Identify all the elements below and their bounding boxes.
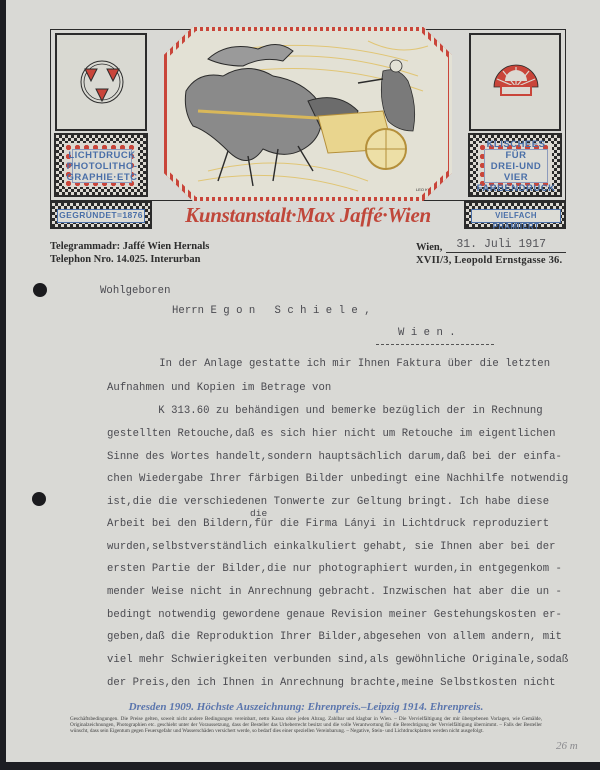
letter-page: LICHTDRUCK PHOTOLITHO- GRAPHIE·ETC GEGRÜ…: [6, 0, 600, 762]
firm-name: Kunstanstalt·Max Jaffé·Wien: [152, 201, 464, 229]
awards-plate: VIELFACH PRÄMIIERT: [471, 209, 561, 223]
salutation: Wohlgeboren: [100, 285, 170, 297]
terms-of-business: Geschäftsbedingungen. Die Preise gelten,…: [70, 717, 542, 734]
city-underline: [376, 344, 494, 345]
body-line: Aufnahmen und Kopien im Betrage von: [107, 382, 331, 394]
right-services-plate: KLISCHEES FÜR DREI-UND VIER FARBENDRUCK: [484, 149, 548, 183]
recipient-name: Herrn E g o n S c h i e l e ,: [172, 305, 371, 317]
three-shields-emblem-icon: [77, 57, 127, 107]
body-line: gestellten Retouche,daß es sich hier nic…: [107, 428, 556, 440]
punch-hole-bottom: [32, 492, 46, 506]
right-logo-box: [469, 33, 561, 131]
left-founded-band: GEGRÜNDET=1876: [50, 201, 152, 229]
left-services-plate: LICHTDRUCK PHOTOLITHO- GRAPHIE·ETC: [72, 149, 132, 183]
contact-info: Telegrammadr: Jaffé Wien Hernals Telepho…: [50, 240, 209, 266]
body-line: ist,die die verschiedenen Tonwerte zur G…: [107, 496, 549, 508]
chariot-illustration: LEO KOMER: [168, 31, 448, 197]
body-line: der Preis,den ich Ihnen in Anrechnung br…: [107, 677, 556, 689]
body-line: In der Anlage gestatte ich mir Ihnen Fak…: [108, 358, 550, 370]
body-line: viel mehr Schwierigkeiten verbunden sind…: [107, 654, 568, 666]
letterhead: LICHTDRUCK PHOTOLITHO- GRAPHIE·ETC GEGRÜ…: [50, 29, 566, 229]
body-line: K 313.60 zu behändigen und bemerke bezüg…: [107, 405, 543, 417]
body-line: bedingt notwendig gewordene genaue Revis…: [107, 609, 562, 621]
letter-date: 31. Juli 1917: [446, 238, 566, 253]
recipient-city: W i e n .: [398, 327, 456, 339]
telegram-address: Telegrammadr: Jaffé Wien Hernals: [50, 240, 209, 253]
body-line: Arbeit bei den Bildern,für die Firma Lán…: [107, 518, 549, 530]
left-ornament-panel: LICHTDRUCK PHOTOLITHO- GRAPHIE·ETC: [54, 133, 148, 197]
body-line: ersten Partie der Bilder,die nur photogr…: [107, 563, 562, 575]
founded-plate: GEGRÜNDET=1876: [57, 209, 145, 223]
body-line: Sinne des Wortes handelt,sondern hauptsä…: [107, 451, 562, 463]
telephone-number: Telephon Nro. 14.025. Interurban: [50, 253, 209, 266]
sun-chariot-illustration-icon: LEO KOMER: [168, 31, 448, 197]
left-logo-box: [55, 33, 147, 131]
awards-line: Dresden 1909. Höchste Auszeichnung: Ehre…: [106, 701, 506, 713]
body-line: wurden,selbstverständlich einkalkuliert …: [107, 541, 556, 553]
date-city: Wien,: [416, 242, 442, 253]
body-line: geben,daß die Reproduktion Ihrer Bilder,…: [107, 631, 562, 643]
punch-hole-top: [33, 283, 47, 297]
right-ornament-panel: KLISCHEES FÜR DREI-UND VIER FARBENDRUCK: [468, 133, 562, 197]
right-awards-band: VIELFACH PRÄMIIERT: [464, 201, 566, 229]
sender-address: XVII/3, Leopold Ernstgasse 36.: [416, 255, 566, 266]
date-block: Wien, 31. Juli 1917 XVII/3, Leopold Erns…: [416, 238, 566, 266]
rising-sun-emblem-icon: [491, 59, 541, 99]
body-line: chen Wiedergabe Ihrer färbigen Bilder un…: [107, 473, 568, 485]
body-line: mender Weise nicht in Anrechnung gebrach…: [107, 586, 562, 598]
pencil-annotation: 26 m: [556, 740, 578, 752]
